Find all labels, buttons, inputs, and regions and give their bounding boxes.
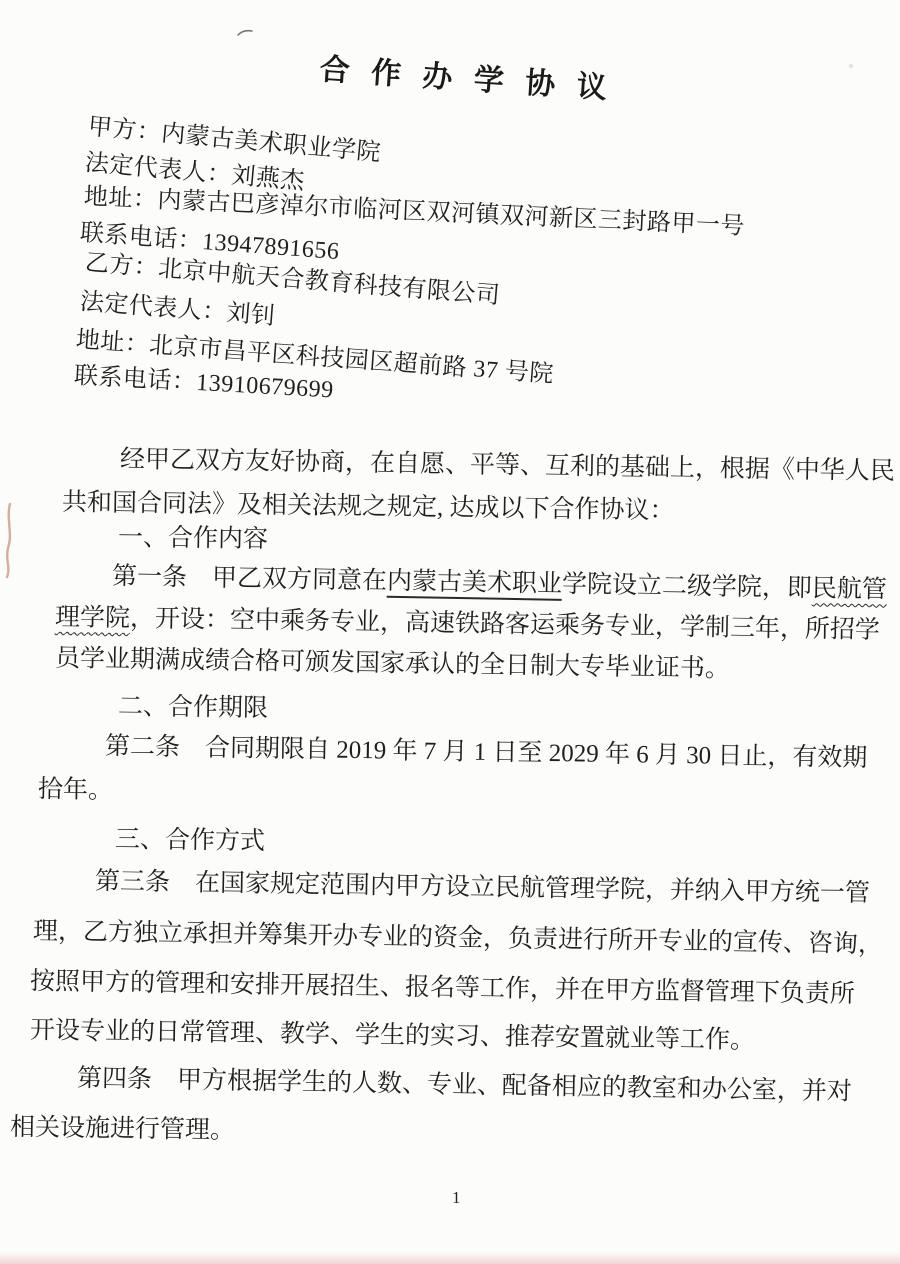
contract-text-line: 第二条 合同期限自 2019 年 7 月 1 日至 2029 年 6 月 30 … xyxy=(105,731,868,774)
text-segment: 拾年。 xyxy=(38,776,113,804)
contract-text-line: 拾年。 xyxy=(38,774,113,806)
text-segment: 相关设施进行管理。 xyxy=(10,1114,235,1144)
scan-speck xyxy=(849,64,853,68)
document-title: 合 作 办 学 协 议 xyxy=(319,44,616,107)
text-segment: 按照甲方的管理和安排开展招生、报名等工作，并在甲方监督管理下负责所 xyxy=(30,968,855,1008)
text-segment: 理，乙方独立承担并筹集开办专业的资金，负责进行所开专业的宣传、咨询， xyxy=(33,918,883,958)
contract-text-line: 员学业期满成绩合格可颁发国家承认的全日制大专毕业证书。 xyxy=(55,643,730,685)
text-segment: 共和国合同法》及相关法规之规定, 达成以下合作协议： xyxy=(62,489,675,525)
contract-text-line: 第三条 在国家规定范围内甲方设立民航管理学院，并纳入甲方统一管 xyxy=(95,866,870,909)
contract-text-line: 相关设施进行管理。 xyxy=(10,1112,235,1146)
text-segment: 开设专业的日常管理、教学、学生的实习、推荐安置就业等工作。 xyxy=(30,1017,755,1054)
contract-text-line: 第一条 甲乙双方同意在内蒙古美术职业学院设立二级学院，即民航管 xyxy=(112,561,887,606)
contract-text-line: 一、合作内容 xyxy=(118,522,268,555)
text-segment: 经甲乙双方友好协商，在自愿、平等、互利的基础上，根据《中华人民 xyxy=(120,446,895,485)
scanned-contract-page: 合 作 办 学 协 议 甲方：内蒙古美术职业学院法定代表人：刘燕杰地址：内蒙古巴… xyxy=(0,0,900,1264)
text-segment: 员学业期满成绩合格可颁发国家承认的全日制大专毕业证书。 xyxy=(55,645,730,683)
underlined-text-segment: 民航管 xyxy=(812,575,887,603)
text-segment: 第三条 在国家规定范围内甲方设立民航管理学院，并纳入甲方统一管 xyxy=(95,868,870,907)
contract-text-line: 共和国合同法》及相关法规之规定, 达成以下合作协议： xyxy=(62,487,675,527)
contract-text-line: 二、合作期限 xyxy=(118,691,268,724)
text-segment: 第四条 甲方根据学生的人数、专业、配备相应的教室和办公室，并对 xyxy=(77,1065,852,1106)
contract-text-line: 经甲乙双方友好协商，在自愿、平等、互利的基础上，根据《中华人民 xyxy=(120,444,895,487)
underlined-text-segment: 理学院 xyxy=(55,604,130,632)
contract-text-line: 理学院，开设：空中乘务专业，高速铁路客运乘务专业，学制三年，所招学 xyxy=(55,602,880,646)
contract-text-line: 第四条 甲方根据学生的人数、专业、配备相应的教室和办公室，并对 xyxy=(77,1063,852,1108)
contract-text-line: 三、合作方式 xyxy=(115,824,265,857)
text-segment: 第二条 合同期限自 2019 年 7 月 1 日至 2029 年 6 月 30 … xyxy=(105,733,868,772)
pen-scratch-mark xyxy=(238,31,252,35)
text-segment: 第一条 甲乙双方同意在 xyxy=(112,563,387,595)
scan-edge-tint xyxy=(0,1252,900,1264)
underlined-text-segment: 内蒙古美术职业 xyxy=(387,568,563,601)
text-segment: 二、合作期限 xyxy=(118,693,268,722)
contract-text-line: 理，乙方独立承担并筹集开办专业的资金，负责进行所开专业的宣传、咨询， xyxy=(33,916,883,961)
text-segment: 一、合作内容 xyxy=(118,524,268,553)
page-number: 1 xyxy=(452,1188,461,1208)
text-segment: ，开设：空中乘务专业，高速铁路客运乘务专业，学制三年，所招学 xyxy=(130,605,880,644)
contract-text-line: 按照甲方的管理和安排开展招生、报名等工作，并在甲方监督管理下负责所 xyxy=(30,966,855,1010)
text-segment: 学院设立二级学院，即 xyxy=(562,571,812,602)
red-ink-smudge xyxy=(7,504,10,577)
contract-text-line: 开设专业的日常管理、教学、学生的实习、推荐安置就业等工作。 xyxy=(30,1015,755,1056)
party-info-line: 法定代表人：刘钊 xyxy=(79,287,277,332)
text-segment: 三、合作方式 xyxy=(115,826,265,855)
